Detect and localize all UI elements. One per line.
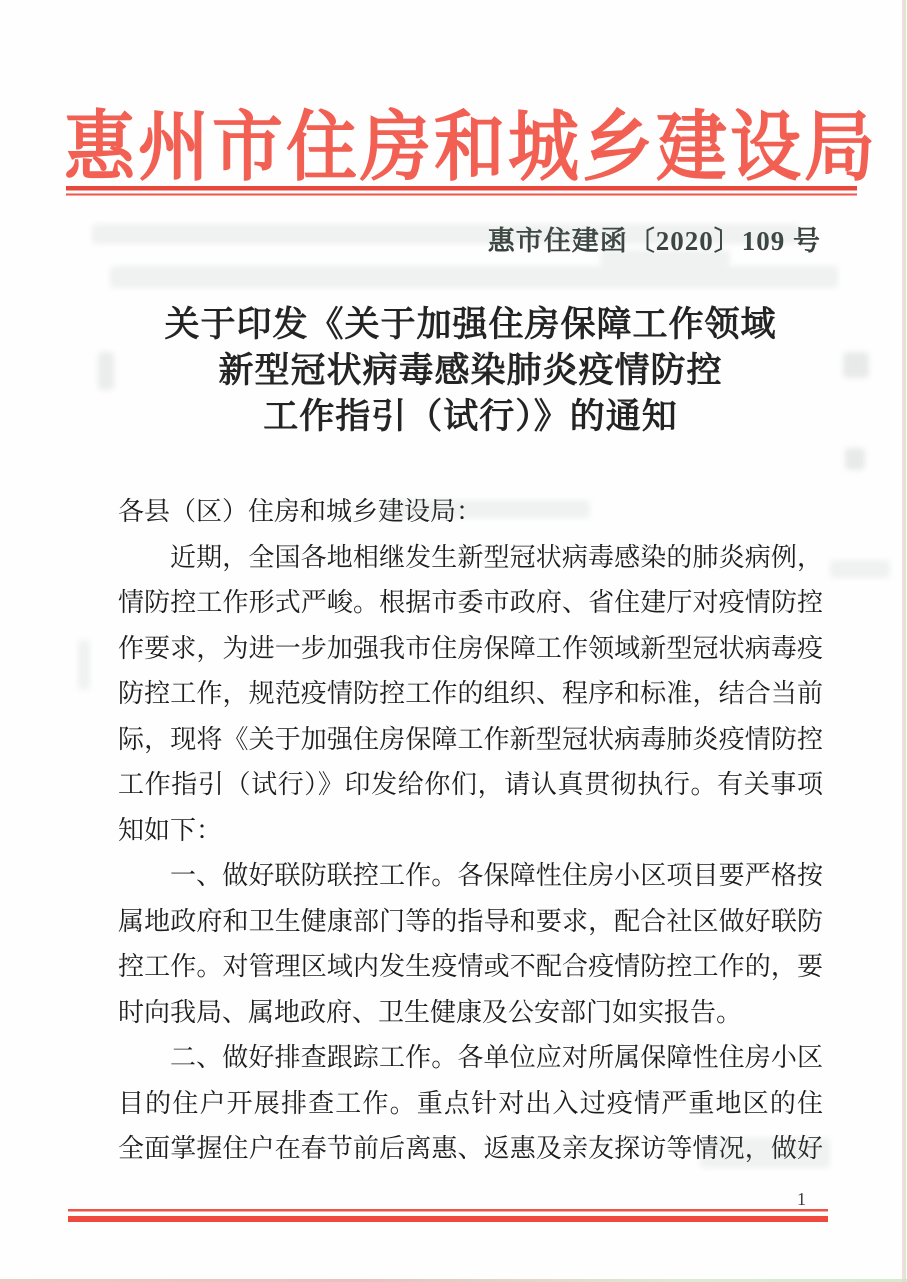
body-line: 目的住户开展排查工作。重点针对出入过疫情严重地区的住户， xyxy=(118,1081,823,1127)
document-body: 各县（区）住房和城乡建设局： 近期，全国各地相继发生新型冠状病毒感染的肺炎病例，… xyxy=(118,489,823,1172)
body-line: 际，现将《关于加强住房保障工作新型冠状病毒肺炎疫情防控的 xyxy=(118,717,823,763)
bleedthrough-smudge xyxy=(830,560,890,578)
bleedthrough-smudge xyxy=(845,448,865,470)
body-line: 一、做好联防联控工作。各保障性住房小区项目要严格按照 xyxy=(118,853,823,899)
body-line: 防控工作，规范疫情防控工作的组织、程序和标准，结合当前实 xyxy=(118,671,823,717)
page-number: 1 xyxy=(797,1189,806,1210)
footer-double-rule xyxy=(68,1209,828,1223)
scan-edge-artifact xyxy=(904,0,906,1282)
body-line: 属地政府和卫生健康部门等的指导和要求，配合社区做好联防联 xyxy=(118,899,823,945)
body-line: 工作指引（试行）》印发给你们，请认真贯彻执行。有关事项通 xyxy=(118,762,823,808)
body-line: 近期，全国各地相继发生新型冠状病毒感染的肺炎病例，疫 xyxy=(118,535,823,581)
bleedthrough-smudge xyxy=(380,500,590,518)
bleedthrough-smudge xyxy=(92,224,800,244)
body-line: 控工作。对管理区域内发生疫情或不配合疫情防控工作的，要及 xyxy=(118,944,823,990)
title-line: 工作指引（试行）》的通知 xyxy=(118,394,823,440)
bleedthrough-smudge xyxy=(78,640,90,690)
body-line: 作要求，为进一步加强我市住房保障工作领域新型冠状病毒疫情 xyxy=(118,626,823,672)
body-line: 二、做好排查跟踪工作。各单位应对所属保障性住房小区项 xyxy=(118,1035,823,1081)
agency-letterhead: 惠州市住房和城乡建设局 xyxy=(64,86,857,196)
title-line: 关于印发《关于加强住房保障工作领域 xyxy=(118,302,823,348)
body-line: 情防控工作形式严峻。根据市委市政府、省住建厅对疫情防控工 xyxy=(118,580,823,626)
body-line: 知如下： xyxy=(118,808,823,854)
bleedthrough-smudge xyxy=(110,266,838,288)
scanned-official-document: 惠州市住房和城乡建设局 惠市住建函〔2020〕109 号 关于印发《关于加强住房… xyxy=(0,0,907,1282)
bleedthrough-smudge xyxy=(700,1138,830,1168)
bleedthrough-smudge xyxy=(843,352,869,378)
bleedthrough-smudge xyxy=(600,250,730,266)
title-line: 新型冠状病毒感染肺炎疫情防控 xyxy=(118,348,823,394)
letterhead-double-rule xyxy=(66,186,857,198)
document-title: 关于印发《关于加强住房保障工作领域 新型冠状病毒感染肺炎疫情防控 工作指引（试行… xyxy=(118,302,823,440)
body-line: 时向我局、属地政府、卫生健康及公安部门如实报告。 xyxy=(118,990,823,1036)
bleedthrough-smudge xyxy=(98,352,114,390)
